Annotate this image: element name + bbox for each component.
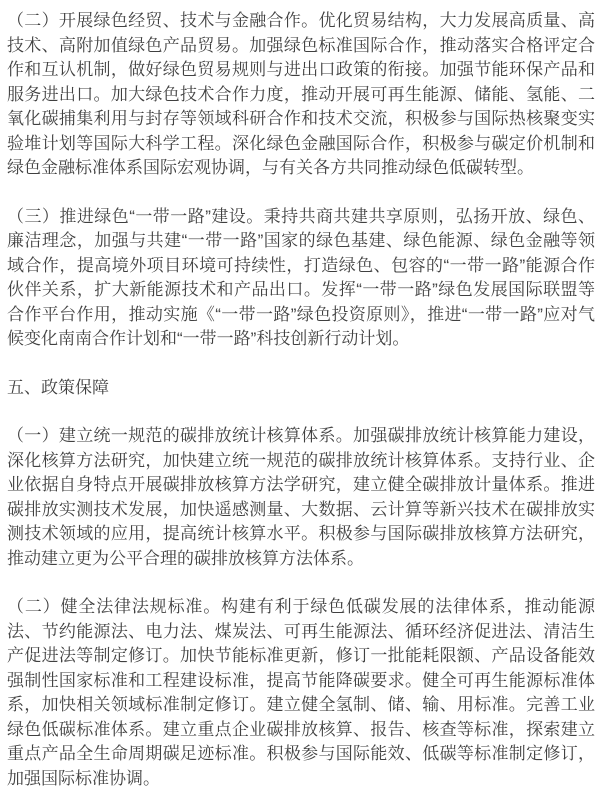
document-page: （二）开展绿色经贸、技术与金融合作。优化贸易结构，大力发展高质量、高技术、高附加… <box>0 0 602 791</box>
paragraph-laws-regulations-standards: （二）健全法律法规标准。构建有利于绿色低碳发展的法律体系，推动能源法、节约能源法… <box>7 595 595 791</box>
section-heading-policy-support: 五、政策保障 <box>7 376 595 401</box>
paragraph-green-belt-and-road: （三）推进绿色“一带一路”建设。秉持共商共建共享原则，弘扬开放、绿色、廉洁理念，… <box>7 205 595 352</box>
paragraph-carbon-emission-accounting: （一）建立统一规范的碳排放统计核算体系。加强碳排放统计核算能力建设，深化核算方法… <box>7 424 595 571</box>
paragraph-green-trade-tech-finance: （二）开展绿色经贸、技术与金融合作。优化贸易结构，大力发展高质量、高技术、高附加… <box>7 9 595 181</box>
